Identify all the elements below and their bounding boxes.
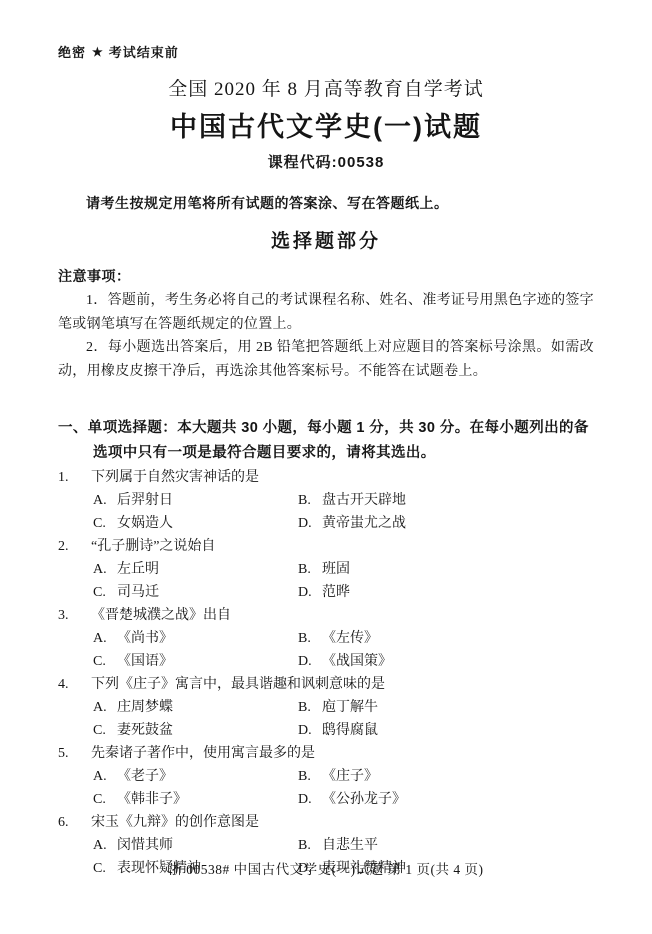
option-label: D. bbox=[298, 719, 322, 742]
option-d: D.《公孙龙子》 bbox=[298, 788, 594, 811]
question-stem: 下列《庄子》寓言中，最具谐趣和讽刺意味的是 bbox=[91, 673, 385, 696]
option-text: 后羿射日 bbox=[117, 493, 173, 508]
course-code: 课程代码:00538 bbox=[58, 151, 594, 172]
options-grid: A.《老子》 B.《庄子》 C.《韩非子》 D.《公孙龙子》 bbox=[93, 765, 594, 811]
option-text: 《国语》 bbox=[117, 654, 173, 669]
option-d: D.鸱得腐鼠 bbox=[298, 719, 594, 742]
note-item-1: 1．答题前，考生务必将自己的考试课程名称、姓名、准考证号用黑色字迹的签字笔或钢笔… bbox=[58, 289, 594, 336]
option-b: B.班固 bbox=[298, 558, 594, 581]
option-c: C.《韩非子》 bbox=[93, 788, 298, 811]
question-item-1: 1. 下列属于自然灾害神话的是 A.后羿射日 B.盘古开天辟地 C.女娲造人 D… bbox=[58, 466, 594, 535]
paper-title: 中国古代文学史(一)试题 bbox=[58, 105, 594, 144]
option-text: 《庄子》 bbox=[322, 769, 378, 784]
option-text: 《韩非子》 bbox=[117, 792, 187, 807]
question-list: 1. 下列属于自然灾害神话的是 A.后羿射日 B.盘古开天辟地 C.女娲造人 D… bbox=[58, 466, 594, 880]
option-label: A. bbox=[93, 558, 117, 581]
option-text: 庖丁解牛 bbox=[322, 700, 378, 715]
question-stem: 下列属于自然灾害神话的是 bbox=[91, 466, 259, 489]
notes-title: 注意事项： bbox=[58, 266, 594, 286]
option-d: D.范晔 bbox=[298, 581, 594, 604]
question-stem-line: 2. “孔子删诗”之说始自 bbox=[58, 535, 594, 558]
option-text: 妻死鼓盆 bbox=[117, 723, 173, 738]
option-text: 盘古开天辟地 bbox=[322, 493, 406, 508]
option-label: B. bbox=[298, 627, 322, 650]
question-number: 1. bbox=[58, 466, 91, 489]
option-b: B.庖丁解牛 bbox=[298, 696, 594, 719]
option-a: A.左丘明 bbox=[93, 558, 298, 581]
option-text: 范晔 bbox=[322, 585, 350, 600]
option-text: 闵惜其师 bbox=[117, 838, 173, 853]
classification-label: 绝密 bbox=[58, 42, 86, 61]
question-number: 5. bbox=[58, 742, 91, 765]
question-stem-line: 5. 先秦诸子著作中，使用寓言最多的是 bbox=[58, 742, 594, 765]
part-one-heading: 一、单项选择题：本大题共 30 小题，每小题 1 分，共 30 分。在每小题列出… bbox=[58, 416, 594, 465]
option-text: 庄周梦蝶 bbox=[117, 700, 173, 715]
option-text: 班固 bbox=[322, 562, 350, 577]
option-b: B.《庄子》 bbox=[298, 765, 594, 788]
option-label: B. bbox=[298, 765, 322, 788]
question-item-5: 5. 先秦诸子著作中，使用寓言最多的是 A.《老子》 B.《庄子》 C.《韩非子… bbox=[58, 742, 594, 811]
option-text: 鸱得腐鼠 bbox=[322, 723, 378, 738]
options-grid: A.庄周梦蝶 B.庖丁解牛 C.妻死鼓盆 D.鸱得腐鼠 bbox=[93, 696, 594, 742]
option-a: A.庄周梦蝶 bbox=[93, 696, 298, 719]
question-stem: 宋玉《九辩》的创作意图是 bbox=[91, 811, 259, 834]
question-number: 3. bbox=[58, 604, 91, 627]
option-a: A.《尚书》 bbox=[93, 627, 298, 650]
option-text: 《尚书》 bbox=[117, 631, 173, 646]
option-label: A. bbox=[93, 834, 117, 857]
option-label: C. bbox=[93, 719, 117, 742]
question-number: 4. bbox=[58, 673, 91, 696]
question-stem-line: 6. 宋玉《九辩》的创作意图是 bbox=[58, 811, 594, 834]
question-number: 2. bbox=[58, 535, 91, 558]
option-label: A. bbox=[93, 627, 117, 650]
option-b: B.盘古开天辟地 bbox=[298, 489, 594, 512]
option-label: C. bbox=[93, 581, 117, 604]
option-label: A. bbox=[93, 696, 117, 719]
option-text: 《左传》 bbox=[322, 631, 378, 646]
page-footer: 浙 00538# 中国古代文学史(一)试题 第 1 页(共 4 页) bbox=[0, 858, 652, 878]
notes-block: 1．答题前，考生务必将自己的考试课程名称、姓名、准考证号用黑色字迹的签字笔或钢笔… bbox=[58, 289, 594, 383]
option-text: 司马迁 bbox=[117, 585, 159, 600]
option-label: D. bbox=[298, 650, 322, 673]
question-item-4: 4. 下列《庄子》寓言中，最具谐趣和讽刺意味的是 A.庄周梦蝶 B.庖丁解牛 C… bbox=[58, 673, 594, 742]
option-label: B. bbox=[298, 696, 322, 719]
option-label: A. bbox=[93, 765, 117, 788]
option-label: C. bbox=[93, 512, 117, 535]
question-stem-line: 4. 下列《庄子》寓言中，最具谐趣和讽刺意味的是 bbox=[58, 673, 594, 696]
option-c: C.司马迁 bbox=[93, 581, 298, 604]
question-stem-line: 1. 下列属于自然灾害神话的是 bbox=[58, 466, 594, 489]
question-stem-line: 3. 《晋楚城濮之战》出自 bbox=[58, 604, 594, 627]
security-classification: 绝密 ★ 考试结束前 bbox=[58, 42, 594, 61]
option-text: 左丘明 bbox=[117, 562, 159, 577]
option-a: A.《老子》 bbox=[93, 765, 298, 788]
option-text: 自悲生平 bbox=[322, 838, 378, 853]
classification-note: 考试结束前 bbox=[109, 42, 179, 61]
option-a: A.闵惜其师 bbox=[93, 834, 298, 857]
star-icon: ★ bbox=[92, 45, 103, 59]
options-grid: A.左丘明 B.班固 C.司马迁 D.范晔 bbox=[93, 558, 594, 604]
option-text: 《公孙龙子》 bbox=[322, 792, 406, 807]
option-label: B. bbox=[298, 489, 322, 512]
question-number: 6. bbox=[58, 811, 91, 834]
option-d: D.《战国策》 bbox=[298, 650, 594, 673]
option-b: B.自悲生平 bbox=[298, 834, 594, 857]
option-d: D.黄帝蚩尤之战 bbox=[298, 512, 594, 535]
option-text: 《战国策》 bbox=[322, 654, 392, 669]
question-item-3: 3. 《晋楚城濮之战》出自 A.《尚书》 B.《左传》 C.《国语》 D.《战国… bbox=[58, 604, 594, 673]
question-stem: “孔子删诗”之说始自 bbox=[91, 535, 215, 558]
exam-session-title: 全国 2020 年 8 月高等教育自学考试 bbox=[58, 74, 594, 101]
option-text: 女娲造人 bbox=[117, 516, 173, 531]
option-label: C. bbox=[93, 650, 117, 673]
section-heading: 选择题部分 bbox=[58, 226, 594, 253]
answer-instruction: 请考生按规定用笔将所有试题的答案涂、写在答题纸上。 bbox=[58, 193, 594, 213]
option-label: D. bbox=[298, 512, 322, 535]
option-c: C.女娲造人 bbox=[93, 512, 298, 535]
question-item-2: 2. “孔子删诗”之说始自 A.左丘明 B.班固 C.司马迁 D.范晔 bbox=[58, 535, 594, 604]
option-label: A. bbox=[93, 489, 117, 512]
option-c: C.妻死鼓盆 bbox=[93, 719, 298, 742]
option-label: B. bbox=[298, 834, 322, 857]
question-stem: 先秦诸子著作中，使用寓言最多的是 bbox=[91, 742, 315, 765]
exam-paper-page: 绝密 ★ 考试结束前 全国 2020 年 8 月高等教育自学考试 中国古代文学史… bbox=[0, 0, 652, 934]
option-label: C. bbox=[93, 788, 117, 811]
option-text: 《老子》 bbox=[117, 769, 173, 784]
option-label: D. bbox=[298, 581, 322, 604]
options-grid: A.后羿射日 B.盘古开天辟地 C.女娲造人 D.黄帝蚩尤之战 bbox=[93, 489, 594, 535]
option-c: C.《国语》 bbox=[93, 650, 298, 673]
option-b: B.《左传》 bbox=[298, 627, 594, 650]
option-a: A.后羿射日 bbox=[93, 489, 298, 512]
question-stem: 《晋楚城濮之战》出自 bbox=[91, 604, 231, 627]
note-item-2: 2．每小题选出答案后，用 2B 铅笔把答题纸上对应题目的答案标号涂黑。如需改动，… bbox=[58, 336, 594, 383]
option-label: B. bbox=[298, 558, 322, 581]
option-label: D. bbox=[298, 788, 322, 811]
options-grid: A.《尚书》 B.《左传》 C.《国语》 D.《战国策》 bbox=[93, 627, 594, 673]
option-text: 黄帝蚩尤之战 bbox=[322, 516, 406, 531]
